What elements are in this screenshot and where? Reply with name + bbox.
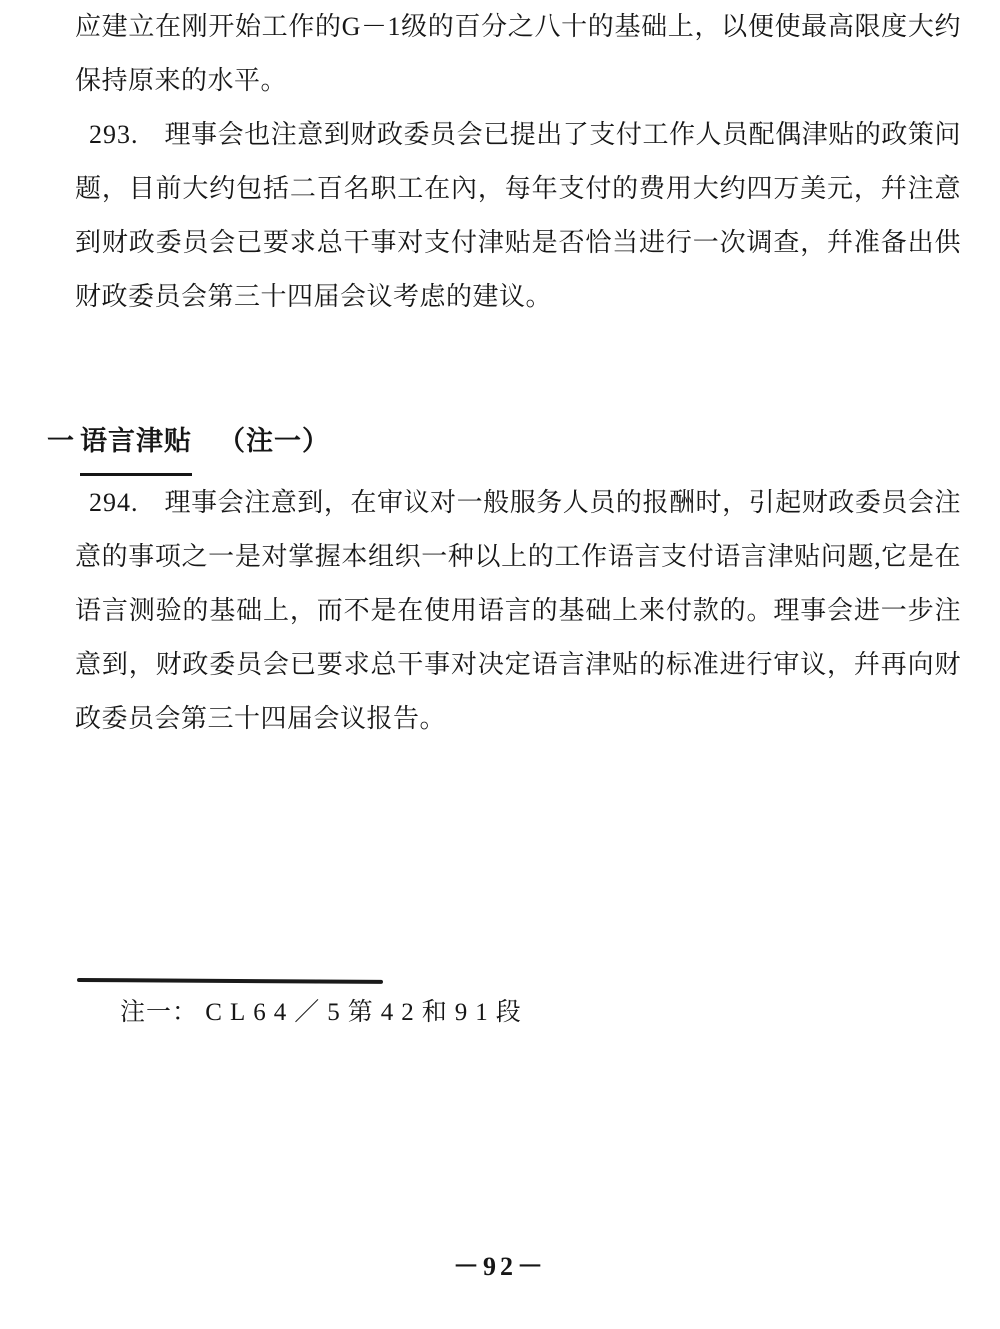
- paragraph-293: 293.理事会也注意到财政委员会已提出了支付工作人员配偶津贴的政策问题，目前大约…: [75, 108, 961, 324]
- paragraph-294: 294.理事会注意到，在审议对一般服务人员的报酬时，引起财政委员会注意的事项之一…: [75, 476, 961, 746]
- paragraph-293-text: 理事会也注意到财政委员会已提出了支付工作人员配偶津贴的政策问题，目前大约包括二百…: [75, 120, 961, 311]
- footnote: 注一： CL64／5第42和91段: [120, 994, 961, 1032]
- document-page: 应建立在刚开始工作的G－1级的百分之八十的基础上，以便使最高限度大约保持原来的水…: [0, 0, 1000, 1329]
- paragraph-294-number: 294.: [89, 476, 139, 530]
- footnote-label: 注一：: [120, 999, 198, 1026]
- paragraph-293-number: 293.: [89, 108, 139, 162]
- footnote-citation: CL64／5第42和91段: [205, 999, 528, 1026]
- section-heading-marker: 一: [47, 414, 75, 468]
- section-heading-note-ref: （注一）: [218, 414, 330, 468]
- paragraph-294-text: 理事会注意到，在审议对一般服务人员的报酬时，引起财政委员会注意的事项之一是对掌握…: [75, 488, 961, 733]
- text-block: 应建立在刚开始工作的G－1级的百分之八十的基础上，以便使最高限度大约保持原来的水…: [75, 0, 961, 1032]
- paragraph-continuation: 应建立在刚开始工作的G－1级的百分之八十的基础上，以便使最高限度大约保持原来的水…: [75, 0, 961, 108]
- section-heading: 一语言津贴（注一）: [47, 414, 961, 476]
- footnote-section: 注一： CL64／5第42和91段: [75, 978, 961, 1032]
- section-heading-title: 语言津贴: [80, 414, 192, 476]
- footnote-divider-rule: [77, 978, 383, 984]
- page-number: －92－: [0, 1246, 1000, 1283]
